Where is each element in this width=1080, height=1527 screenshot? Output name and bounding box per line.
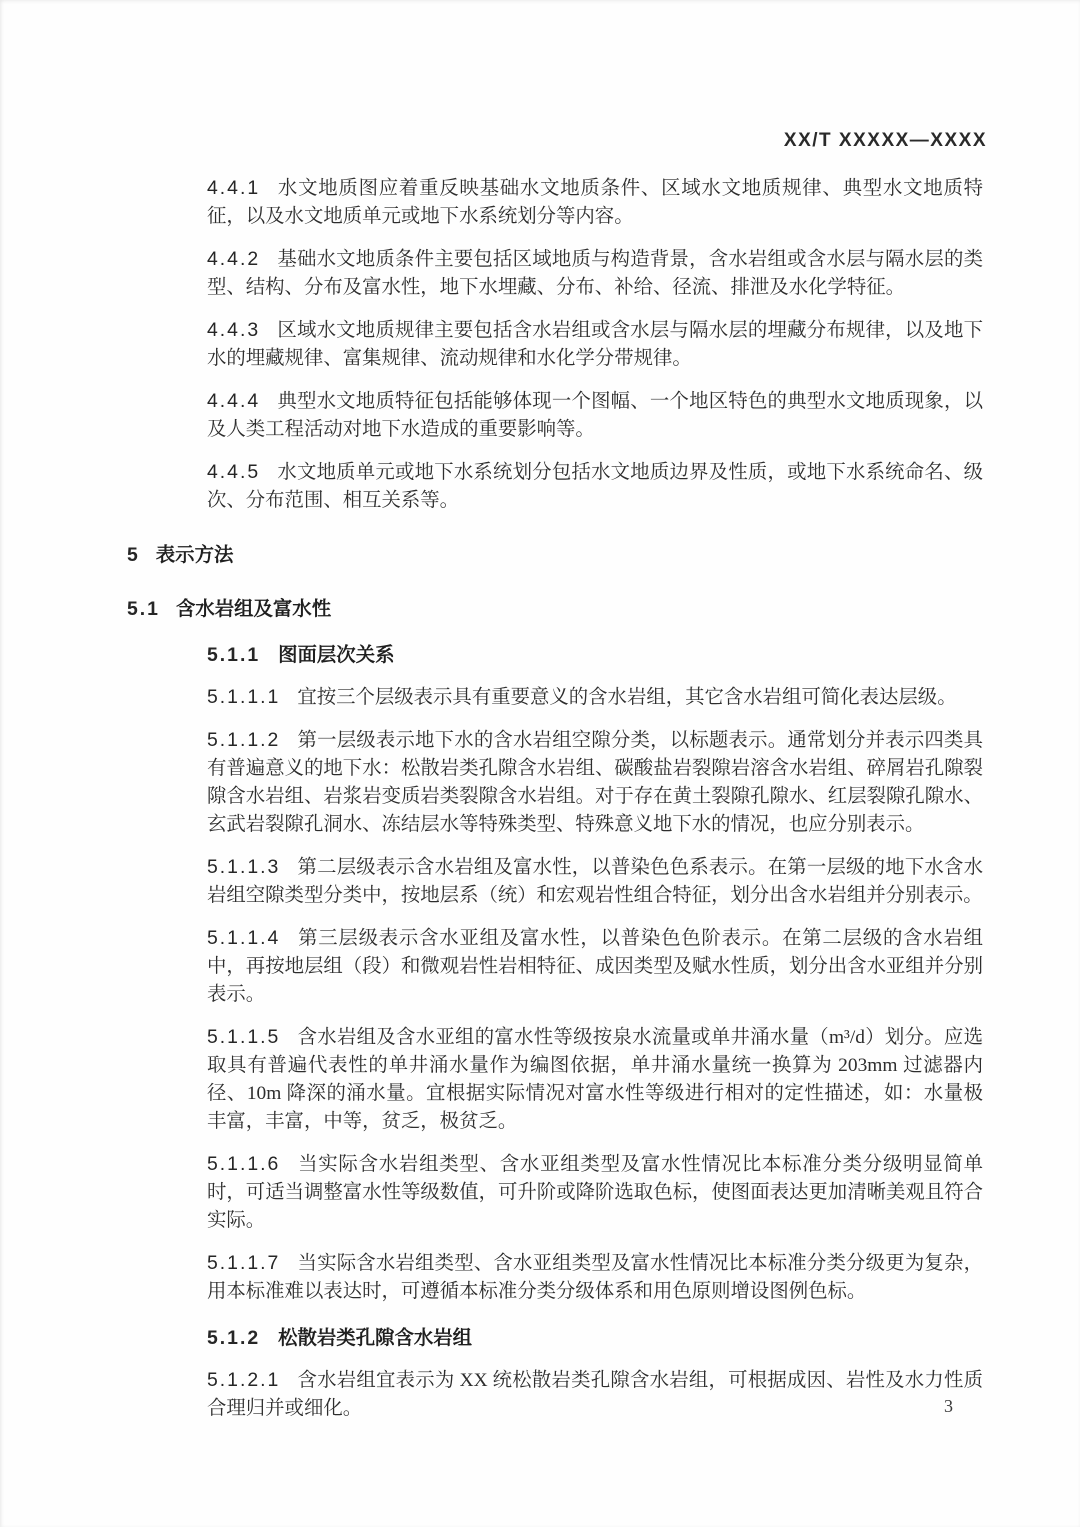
clause-paragraph: 5.1.1.2第一层级表示地下水的含水岩组空隙分类，以标题表示。通常划分并表示四… (207, 726, 983, 839)
heading-text: 含水岩组及富水性 (176, 598, 331, 620)
clause-paragraph: 4.4.5水文地质单元或地下水系统划分包括水文地质边界及性质，或地下水系统命名、… (207, 458, 983, 515)
clause-number: 5.1.2 (207, 1327, 260, 1349)
clause-paragraph: 5.1.1.3第二层级表示含水岩组及富水性，以普染色色系表示。在第一层级的地下水… (207, 853, 983, 910)
clause-text: 当实际含水岩组类型、含水亚组类型及富水性情况比本标准分类分级更为复杂，用本标准难… (207, 1253, 983, 1302)
clause-text: 第一层级表示地下水的含水岩组空隙分类，以标题表示。通常划分并表示四类具有普遍意义… (207, 730, 983, 835)
clause-text: 水文地质图应着重反映基础水文地质条件、区域水文地质规律、典型水文地质特征，以及水… (207, 178, 983, 227)
clause-number: 5.1.1.1 (207, 686, 280, 708)
clause-number: 5.1.2.1 (207, 1369, 280, 1391)
clause-paragraph: 5.1.1.1宜按三个层级表示具有重要意义的含水岩组，其它含水岩组可简化表达层级… (207, 683, 983, 712)
clause-number: 5 (127, 544, 140, 566)
clause-number: 4.4.4 (207, 390, 260, 412)
clause-paragraph: 5.1.2.1含水岩组宜表示为 XX 统松散岩类孔隙含水岩组，可根据成因、岩性及… (207, 1366, 983, 1423)
clause-paragraph: 5.1.1.4第三层级表示含水亚组及富水性，以普染色色阶表示。在第二层级的含水岩… (207, 924, 983, 1009)
section-heading: 5.1.1图面层次关系 (207, 641, 983, 669)
clause-number: 5.1.1.2 (207, 729, 280, 751)
clause-paragraph: 4.4.2基础水文地质条件主要包括区域地质与构造背景，含水岩组或含水层与隔水层的… (207, 245, 983, 302)
clause-text: 基础水文地质条件主要包括区域地质与构造背景，含水岩组或含水层与隔水层的类型、结构… (207, 249, 983, 298)
clause-text: 含水岩组宜表示为 XX 统松散岩类孔隙含水岩组，可根据成因、岩性及水力性质合理归… (207, 1370, 983, 1419)
section-heading: 5.1含水岩组及富水性 (127, 595, 983, 623)
clause-paragraph: 5.1.1.7当实际含水岩组类型、含水亚组类型及富水性情况比本标准分类分级更为复… (207, 1249, 983, 1306)
clause-number: 5.1.1 (207, 644, 260, 666)
document-body: 4.4.1水文地质图应着重反映基础水文地质条件、区域水文地质规律、典型水文地质特… (207, 0, 983, 1437)
section-heading: 5.1.2松散岩类孔隙含水岩组 (207, 1324, 983, 1352)
clause-text: 宜按三个层级表示具有重要意义的含水岩组，其它含水岩组可简化表达层级。 (297, 687, 956, 708)
clause-number: 4.4.5 (207, 461, 260, 483)
clause-number: 5.1 (127, 598, 160, 620)
clause-text: 区域水文地质规律主要包括含水岩组或含水层与隔水层的埋藏分布规律，以及地下水的埋藏… (207, 320, 983, 369)
clause-paragraph: 4.4.3区域水文地质规律主要包括含水岩组或含水层与隔水层的埋藏分布规律，以及地… (207, 316, 983, 373)
clause-number: 5.1.1.7 (207, 1252, 280, 1274)
clause-text: 第二层级表示含水岩组及富水性，以普染色色系表示。在第一层级的地下水含水岩组空隙类… (207, 857, 983, 906)
clause-number: 4.4.1 (207, 177, 260, 199)
heading-text: 图面层次关系 (278, 644, 394, 666)
page-number: 3 (944, 1396, 953, 1417)
clause-number: 5.1.1.6 (207, 1153, 280, 1175)
clause-number: 4.4.2 (207, 248, 260, 270)
clause-paragraph: 5.1.1.6当实际含水岩组类型、含水亚组类型及富水性情况比本标准分类分级明显简… (207, 1150, 983, 1235)
clause-number: 5.1.1.5 (207, 1026, 280, 1048)
heading-text: 松散岩类孔隙含水岩组 (278, 1327, 472, 1349)
document-page: XX/T XXXXX—XXXX 4.4.1水文地质图应着重反映基础水文地质条件、… (0, 0, 1080, 1527)
clause-text: 典型水文地质特征包括能够体现一个图幅、一个地区特色的典型水文地质现象，以及人类工… (207, 391, 983, 440)
heading-text: 表示方法 (156, 544, 234, 566)
clause-text: 含水岩组及含水亚组的富水性等级按泉水流量或单井涌水量（m³/d）划分。应选取具有… (207, 1027, 983, 1132)
clause-text: 当实际含水岩组类型、含水亚组类型及富水性情况比本标准分类分级明显简单时，可适当调… (207, 1154, 983, 1231)
clause-text: 水文地质单元或地下水系统划分包括水文地质边界及性质，或地下水系统命名、级次、分布… (207, 462, 983, 511)
clause-paragraph: 4.4.4典型水文地质特征包括能够体现一个图幅、一个地区特色的典型水文地质现象，… (207, 387, 983, 444)
clause-number: 5.1.1.3 (207, 856, 280, 878)
clause-paragraph: 5.1.1.5含水岩组及含水亚组的富水性等级按泉水流量或单井涌水量（m³/d）划… (207, 1023, 983, 1136)
clause-number: 4.4.3 (207, 319, 260, 341)
clause-number: 5.1.1.4 (207, 927, 280, 949)
clause-text: 第三层级表示含水亚组及富水性，以普染色色阶表示。在第二层级的含水岩组中，再按地层… (207, 928, 983, 1005)
clause-paragraph: 4.4.1水文地质图应着重反映基础水文地质条件、区域水文地质规律、典型水文地质特… (207, 174, 983, 231)
section-heading: 5表示方法 (127, 541, 983, 569)
